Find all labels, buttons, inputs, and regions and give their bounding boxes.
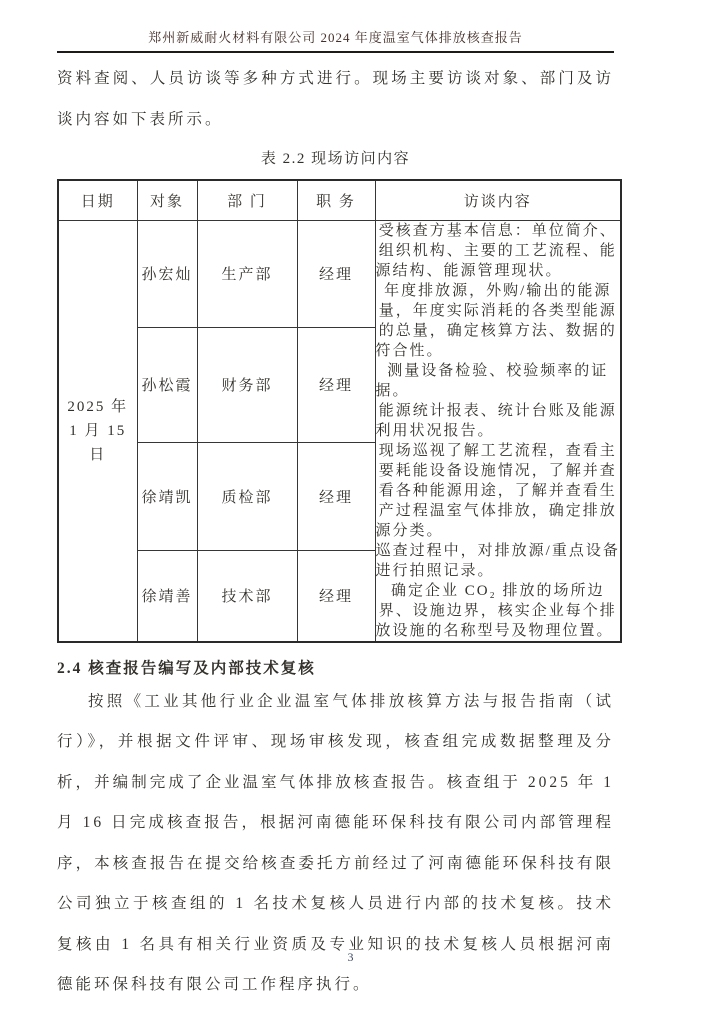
interview-content-paragraph: 受核查方基本信息：单位简介、组织机构、主要的工艺流程、能源结构、能源管理现状。 xyxy=(376,221,621,281)
position-cell: 经理 xyxy=(297,551,375,642)
interview-content-cell: 受核查方基本信息：单位简介、组织机构、主要的工艺流程、能源结构、能源管理现状。 … xyxy=(375,220,621,642)
date-line-1: 2025 年 xyxy=(59,395,137,419)
interview-content-paragraph: 测量设备检验、校验频率的证据。 xyxy=(376,361,621,401)
column-header-interview-content: 访谈内容 xyxy=(375,180,621,220)
interviewee-name: 孙宏灿 xyxy=(137,220,197,328)
page-number: 3 xyxy=(0,950,701,965)
column-header-department: 部 门 xyxy=(197,180,297,220)
department-cell: 财务部 xyxy=(197,328,297,443)
position-cell: 经理 xyxy=(297,442,375,551)
interviewee-name: 孙松霞 xyxy=(137,328,197,443)
page-content: 郑州新威耐火材料有限公司 2024 年度温室气体排放核查报告 资料查阅、人员访谈… xyxy=(57,0,614,1006)
date-line-2: 1 月 15 日 xyxy=(59,419,137,467)
column-header-date: 日期 xyxy=(58,180,137,220)
date-cell: 2025 年 1 月 15 日 xyxy=(58,220,137,642)
department-cell: 生产部 xyxy=(197,220,297,328)
position-cell: 经理 xyxy=(297,328,375,443)
table-header-row: 日期 对象 部 门 职 务 访谈内容 xyxy=(58,180,621,220)
interview-content-paragraph: 巡查过程中，对排放源/重点设备进行拍照记录。 xyxy=(376,541,621,581)
site-visit-table: 日期 对象 部 门 职 务 访谈内容 2025 年 1 月 15 日 孙宏灿 生… xyxy=(57,179,622,643)
table-row: 2025 年 1 月 15 日 孙宏灿 生产部 经理 受核查方基本信息：单位简介… xyxy=(58,220,621,328)
interview-content-paragraph: 确定企业 CO₂ 排放的场所边界、设施边界，核实企业每个排放设施的名称型号及物理… xyxy=(376,581,621,641)
column-header-person: 对象 xyxy=(137,180,197,220)
column-header-position: 职 务 xyxy=(297,180,375,220)
department-cell: 技术部 xyxy=(197,551,297,642)
intro-paragraph: 资料查阅、人员访谈等多种方式进行。现场主要访谈对象、部门及访谈内容如下表所示。 xyxy=(57,58,614,140)
header-divider-line xyxy=(57,51,614,53)
interviewee-name: 徐靖凯 xyxy=(137,442,197,551)
interview-content-paragraph: 现场巡视了解工艺流程，查看主要耗能设备设施情况，了解并查看各种能源用途，了解并查… xyxy=(376,441,621,541)
interviewee-name: 徐靖善 xyxy=(137,551,197,642)
document-header-title: 郑州新威耐火材料有限公司 2024 年度温室气体排放核查报告 xyxy=(57,0,614,45)
section-heading-2-4: 2.4 核查报告编写及内部技术复核 xyxy=(57,659,614,679)
position-cell: 经理 xyxy=(297,220,375,328)
table-caption: 表 2.2 现场访问内容 xyxy=(57,149,614,169)
document-page: 郑州新威耐火材料有限公司 2024 年度温室气体排放核查报告 资料查阅、人员访谈… xyxy=(0,0,701,1011)
interview-content-paragraph: 能源统计报表、统计台账及能源利用状况报告。 xyxy=(376,401,621,441)
department-cell: 质检部 xyxy=(197,442,297,551)
interview-content-paragraph: 年度排放源，外购/输出的能源量，年度实际消耗的各类型能源的总量，确定核算方法、数… xyxy=(376,281,621,361)
